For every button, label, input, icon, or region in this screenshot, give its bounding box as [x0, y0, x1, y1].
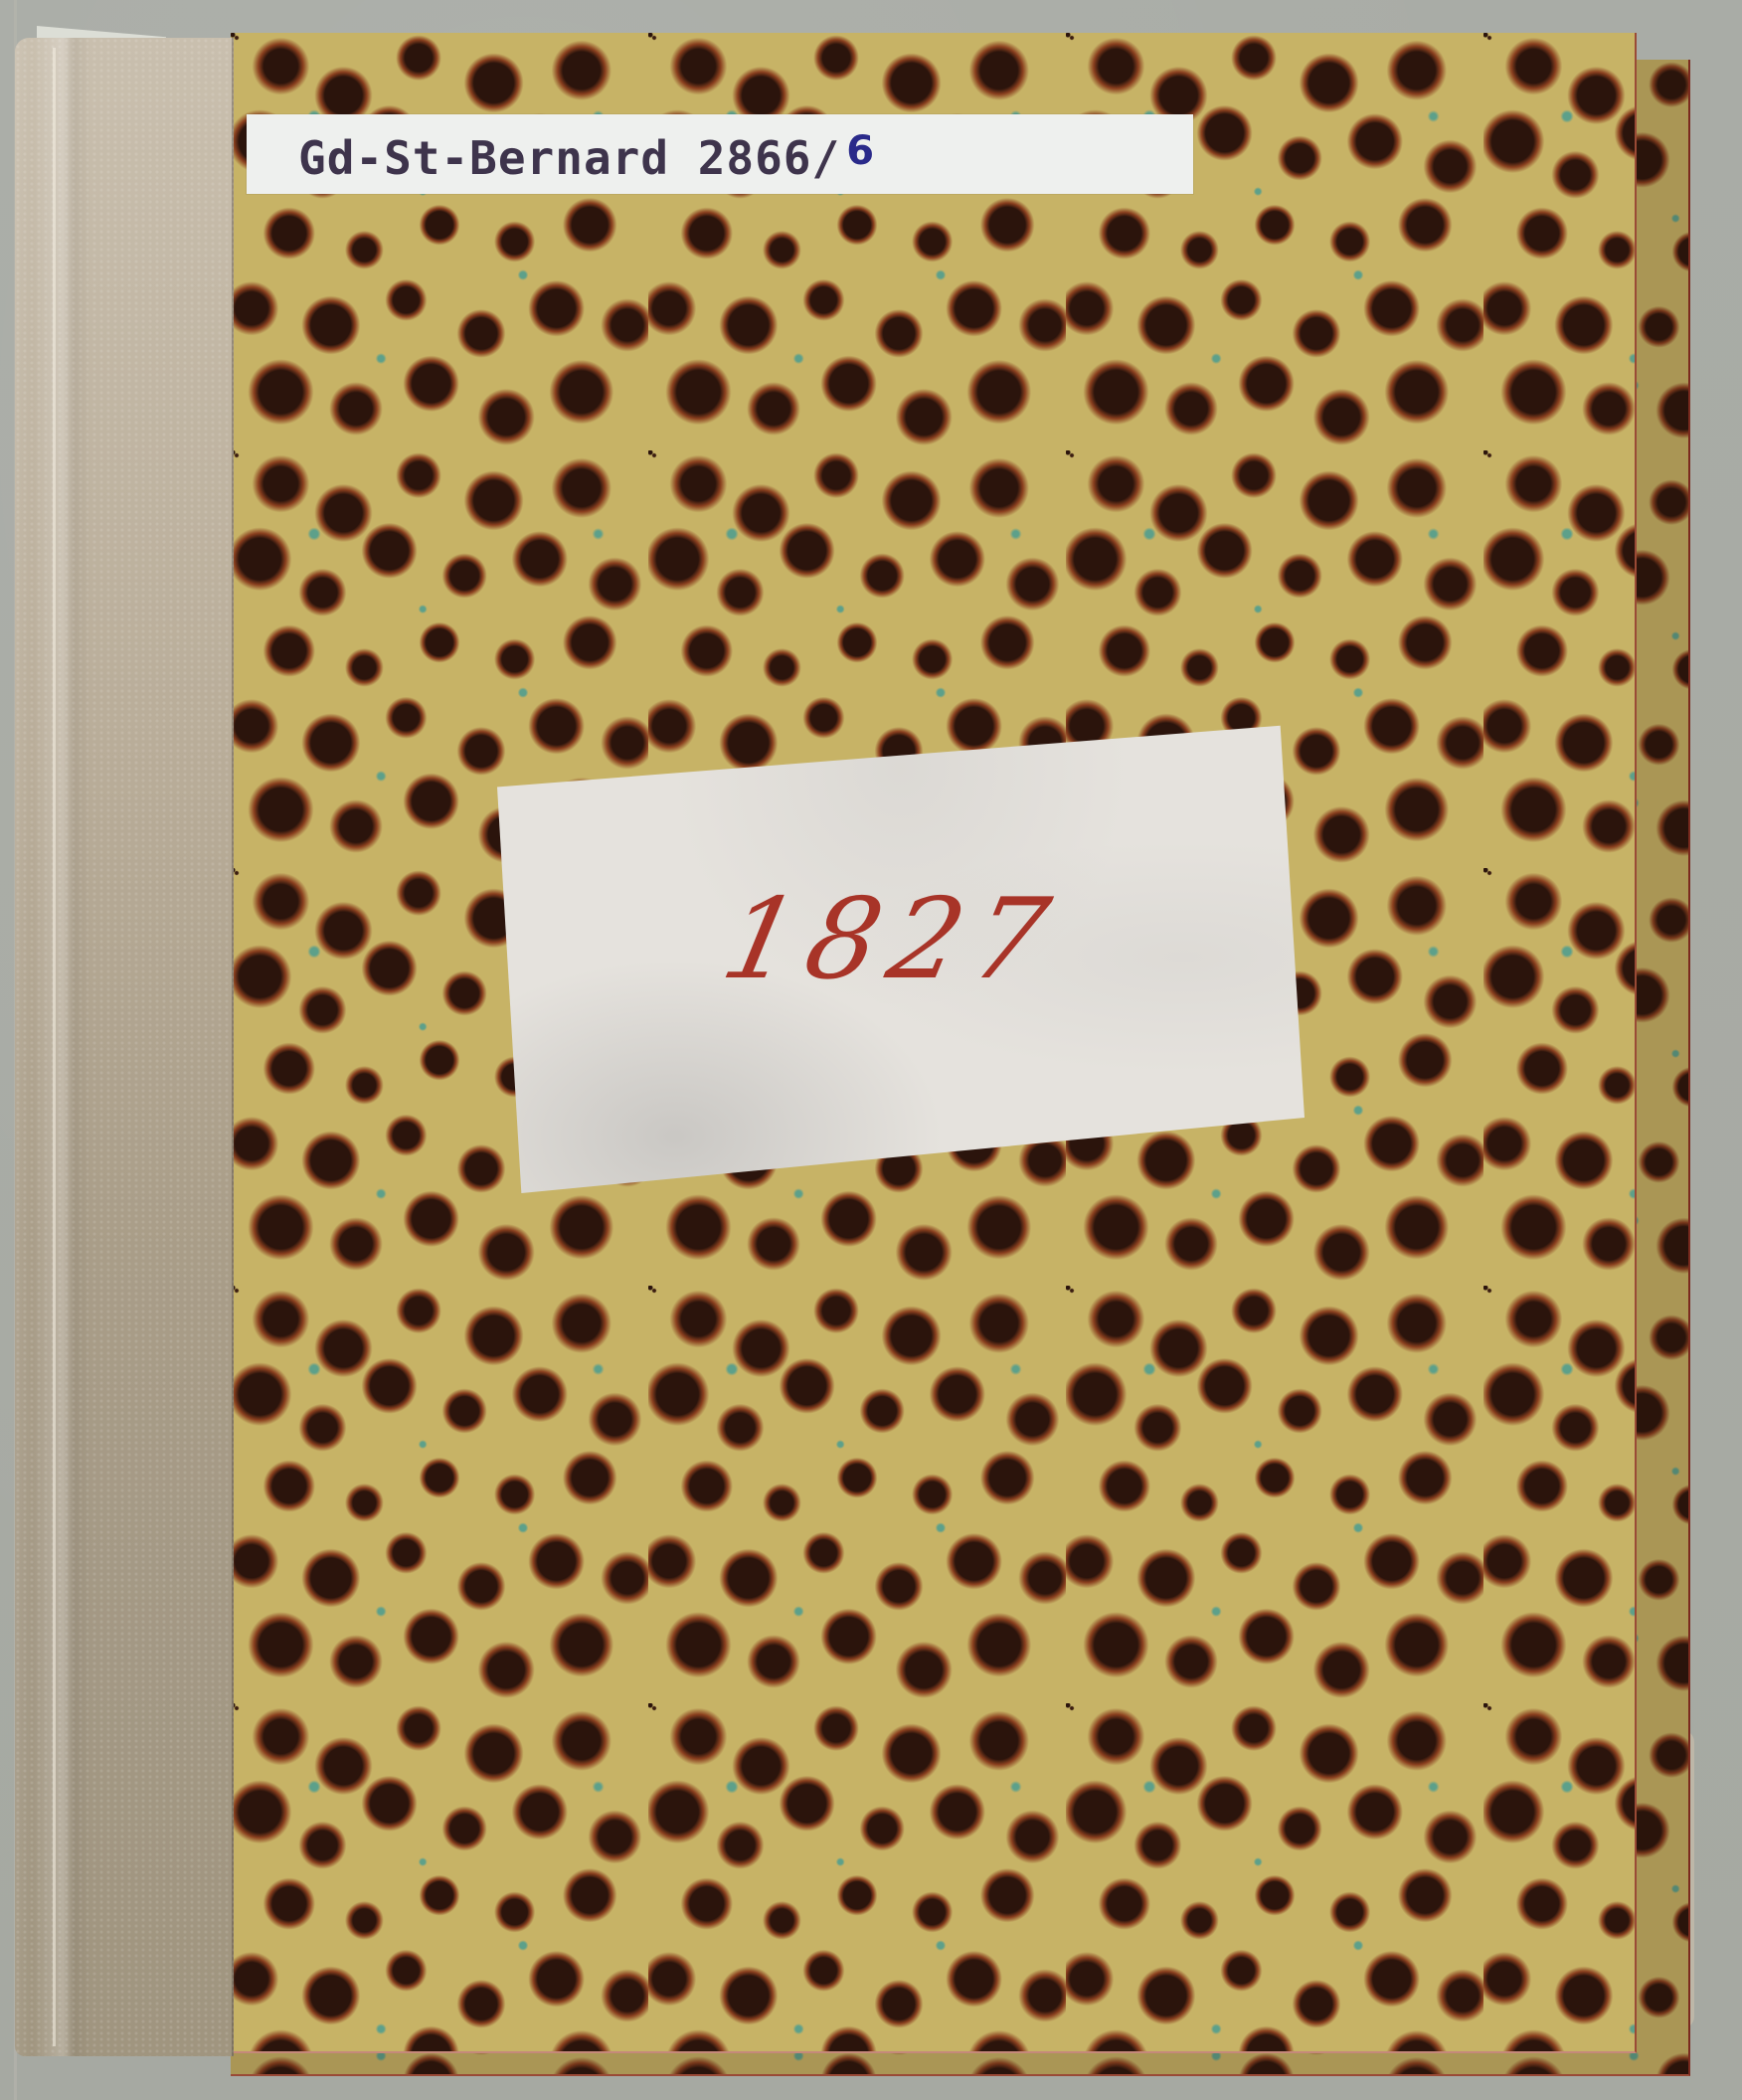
shelf-mark-handwritten-suffix: 6	[846, 128, 874, 174]
title-paper-label: 1827	[497, 721, 1305, 1193]
handwritten-year: 1827	[712, 875, 1038, 1004]
shelf-mark-text: Gd-St-Bernard 2866/	[298, 131, 840, 185]
leather-spine	[15, 38, 234, 2056]
spine-crease	[53, 48, 56, 2046]
spine-texture	[15, 38, 234, 2056]
shelf-mark-label: Gd-St-Bernard 2866/ 6	[247, 114, 1193, 194]
